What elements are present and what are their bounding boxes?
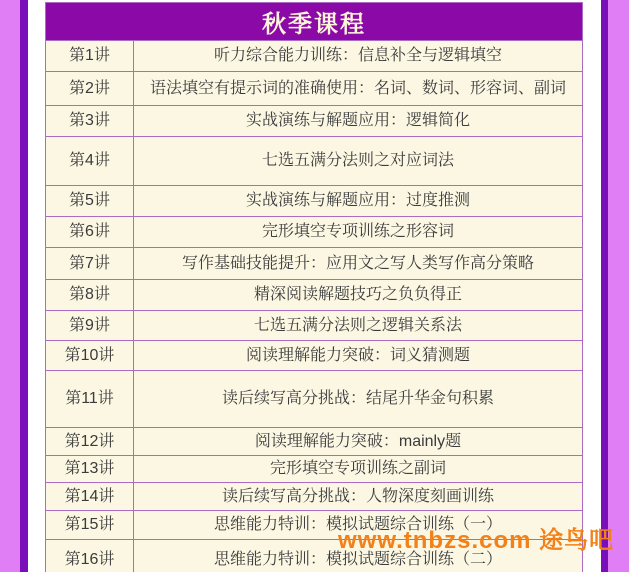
course-schedule-page: 秋季课程 第1讲听力综合能力训练：信息补全与逻辑填空第2讲语法填空有提示词的准确… (0, 0, 629, 572)
lecture-title: 读后续写高分挑战：结尾升华金句积累 (134, 371, 582, 427)
lecture-number: 第7讲 (46, 248, 134, 279)
table-row: 第13讲完形填空专项训练之副词 (46, 455, 582, 482)
lecture-number: 第8讲 (46, 280, 134, 310)
table-row: 第6讲完形填空专项训练之形容词 (46, 216, 582, 247)
lecture-title: 阅读理解能力突破：词义猜测题 (134, 341, 582, 370)
lecture-title: 完形填空专项训练之副词 (134, 456, 582, 482)
lecture-title: 实战演练与解题应用：过度推测 (134, 186, 582, 216)
lecture-number: 第3讲 (46, 106, 134, 136)
table-row: 第8讲精深阅读解题技巧之负负得正 (46, 279, 582, 310)
lecture-title: 七选五满分法则之对应词法 (134, 137, 582, 185)
lecture-title: 阅读理解能力突破：mainly题 (134, 428, 582, 455)
table-row: 第1讲听力综合能力训练：信息补全与逻辑填空 (46, 40, 582, 71)
right-purple-stripe (601, 0, 608, 572)
lecture-title: 读后续写高分挑战：人物深度刻画训练 (134, 483, 582, 510)
lecture-title: 精深阅读解题技巧之负负得正 (134, 280, 582, 310)
lecture-number: 第14讲 (46, 483, 134, 510)
table-row: 第10讲阅读理解能力突破：词义猜测题 (46, 340, 582, 370)
table-row: 第11讲读后续写高分挑战：结尾升华金句积累 (46, 370, 582, 427)
lecture-title: 语法填空有提示词的准确使用：名词、数词、形容词、副词 (134, 72, 582, 105)
lecture-title: 听力综合能力训练：信息补全与逻辑填空 (134, 41, 582, 71)
watermark-text: www.tnbzs.com 途鸟吧 (338, 520, 614, 555)
lecture-number: 第16讲 (46, 540, 134, 572)
lecture-number: 第11讲 (46, 371, 134, 427)
table-title-bar: 秋季课程 (46, 3, 582, 40)
table-row: 第9讲七选五满分法则之逻辑关系法 (46, 310, 582, 340)
lecture-title: 七选五满分法则之逻辑关系法 (134, 311, 582, 340)
lecture-title: 完形填空专项训练之形容词 (134, 217, 582, 247)
lecture-number: 第2讲 (46, 72, 134, 105)
table-row: 第14讲读后续写高分挑战：人物深度刻画训练 (46, 482, 582, 510)
lecture-number: 第12讲 (46, 428, 134, 455)
lecture-number: 第15讲 (46, 511, 134, 539)
lecture-number: 第1讲 (46, 41, 134, 71)
left-purple-stripe (20, 0, 28, 572)
lecture-number: 第13讲 (46, 456, 134, 482)
table-row: 第2讲语法填空有提示词的准确使用：名词、数词、形容词、副词 (46, 71, 582, 105)
table-title: 秋季课程 (262, 4, 366, 39)
lecture-number: 第4讲 (46, 137, 134, 185)
course-table: 秋季课程 第1讲听力综合能力训练：信息补全与逻辑填空第2讲语法填空有提示词的准确… (45, 2, 583, 572)
lecture-title: 写作基础技能提升：应用文之写人类写作高分策略 (134, 248, 582, 279)
table-rows: 第1讲听力综合能力训练：信息补全与逻辑填空第2讲语法填空有提示词的准确使用：名词… (46, 40, 582, 572)
right-orchid-stripe (608, 0, 629, 572)
lecture-title: 实战演练与解题应用：逻辑简化 (134, 106, 582, 136)
table-row: 第5讲实战演练与解题应用：过度推测 (46, 185, 582, 216)
lecture-number: 第10讲 (46, 341, 134, 370)
table-row: 第3讲实战演练与解题应用：逻辑简化 (46, 105, 582, 136)
left-orchid-stripe (0, 0, 20, 572)
lecture-number: 第6讲 (46, 217, 134, 247)
table-row: 第4讲七选五满分法则之对应词法 (46, 136, 582, 185)
table-row: 第7讲写作基础技能提升：应用文之写人类写作高分策略 (46, 247, 582, 279)
lecture-number: 第5讲 (46, 186, 134, 216)
table-row: 第12讲阅读理解能力突破：mainly题 (46, 427, 582, 455)
lecture-number: 第9讲 (46, 311, 134, 340)
